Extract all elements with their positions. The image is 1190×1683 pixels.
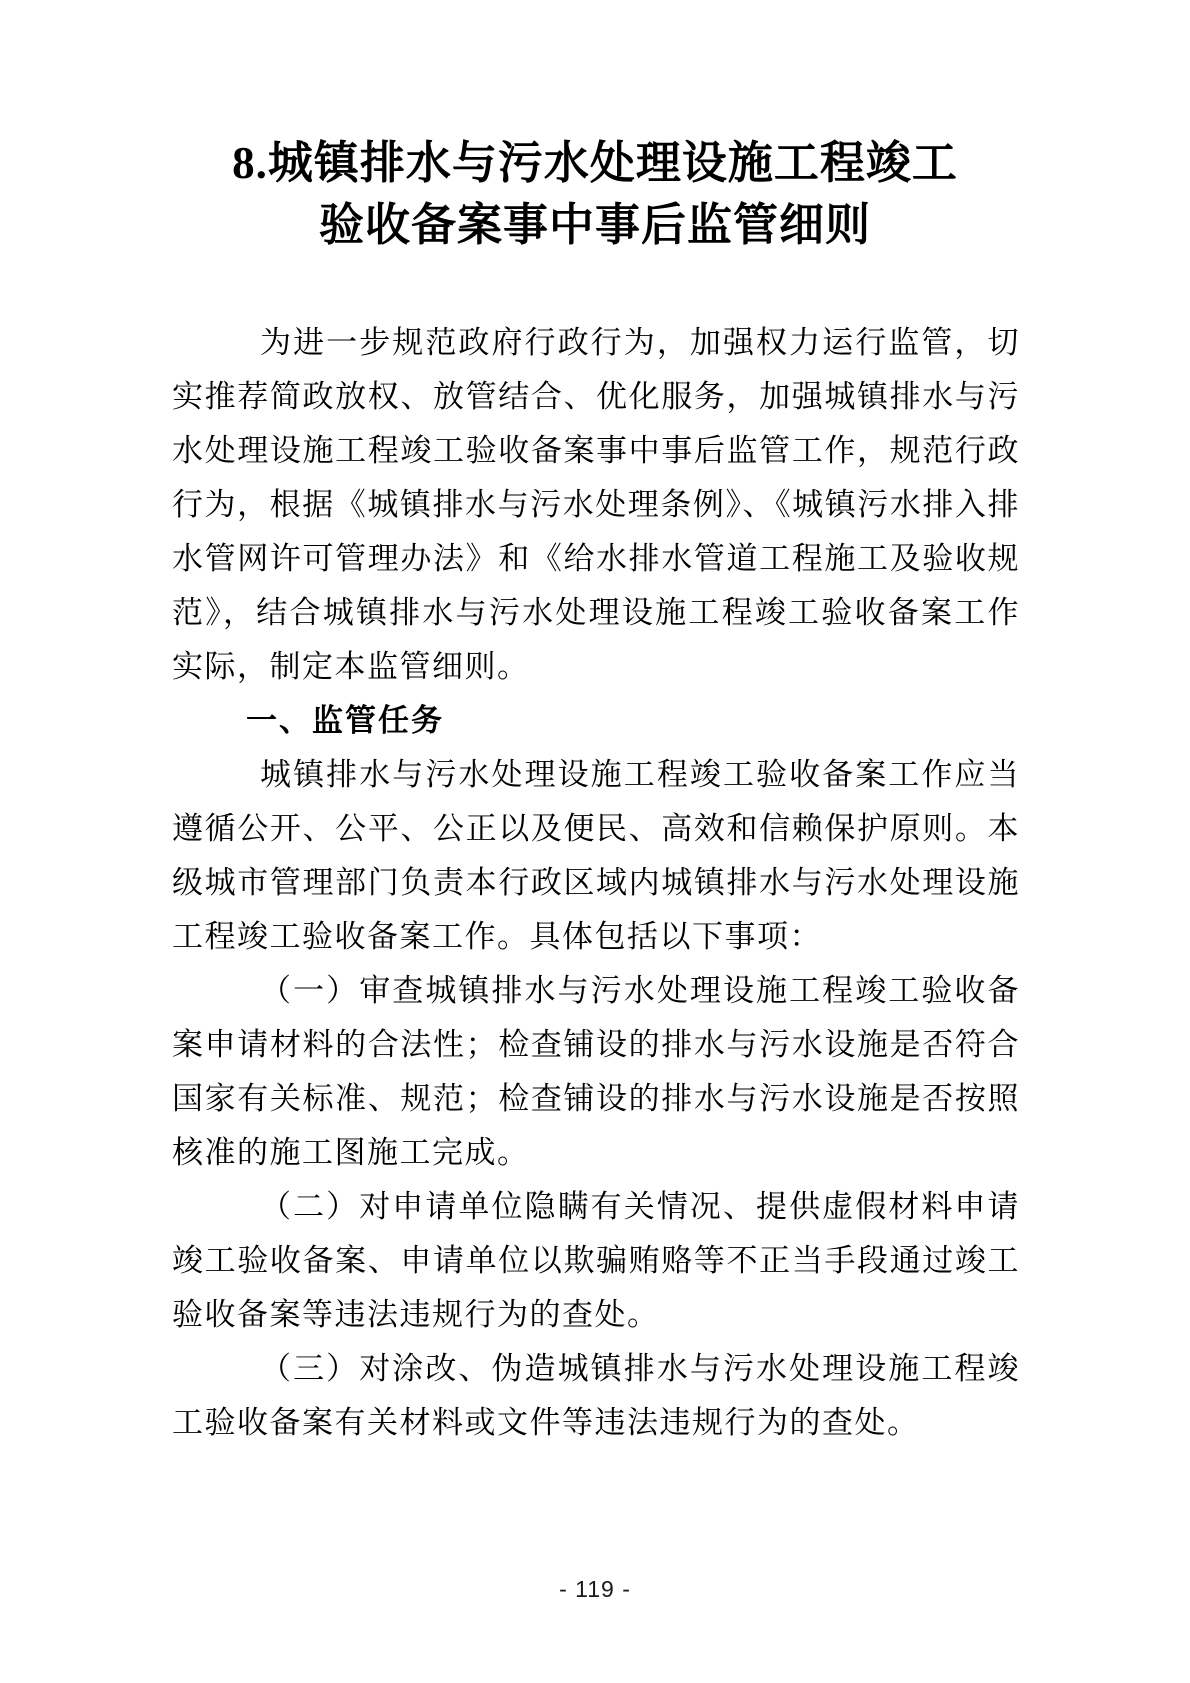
document-page: 8.城镇排水与污水处理设施工程竣工 验收备案事中事后监管细则 为进一步规范政府行… (0, 0, 1190, 1683)
document-title-line-2: 验收备案事中事后监管细则 (0, 194, 1190, 256)
page-number: - 119 - (0, 1576, 1190, 1603)
document-title: 8.城镇排水与污水处理设施工程竣工 验收备案事中事后监管细则 (0, 132, 1190, 256)
paragraph-principles: 城镇排水与污水处理设施工程竣工验收备案工作应当遵循公开、公平、公正以及便民、高效… (172, 748, 1020, 964)
paragraph-intro: 为进一步规范政府行政行为，加强权力运行监管，切实推荐简政放权、放管结合、优化服务… (172, 316, 1020, 694)
document-body: 为进一步规范政府行政行为，加强权力运行监管，切实推荐简政放权、放管结合、优化服务… (172, 316, 1020, 1450)
paragraph-item-3: （三）对涂改、伪造城镇排水与污水处理设施工程竣工验收备案有关材料或文件等违法违规… (172, 1342, 1020, 1450)
document-title-line-1: 8.城镇排水与污水处理设施工程竣工 (0, 132, 1190, 194)
paragraph-item-2: （二）对申请单位隐瞒有关情况、提供虚假材料申请竣工验收备案、申请单位以欺骗贿赂等… (172, 1180, 1020, 1342)
paragraph-item-1: （一）审查城镇排水与污水处理设施工程竣工验收备案申请材料的合法性；检查铺设的排水… (172, 964, 1020, 1180)
section-heading-supervision-tasks: 一、监管任务 (172, 694, 1020, 748)
